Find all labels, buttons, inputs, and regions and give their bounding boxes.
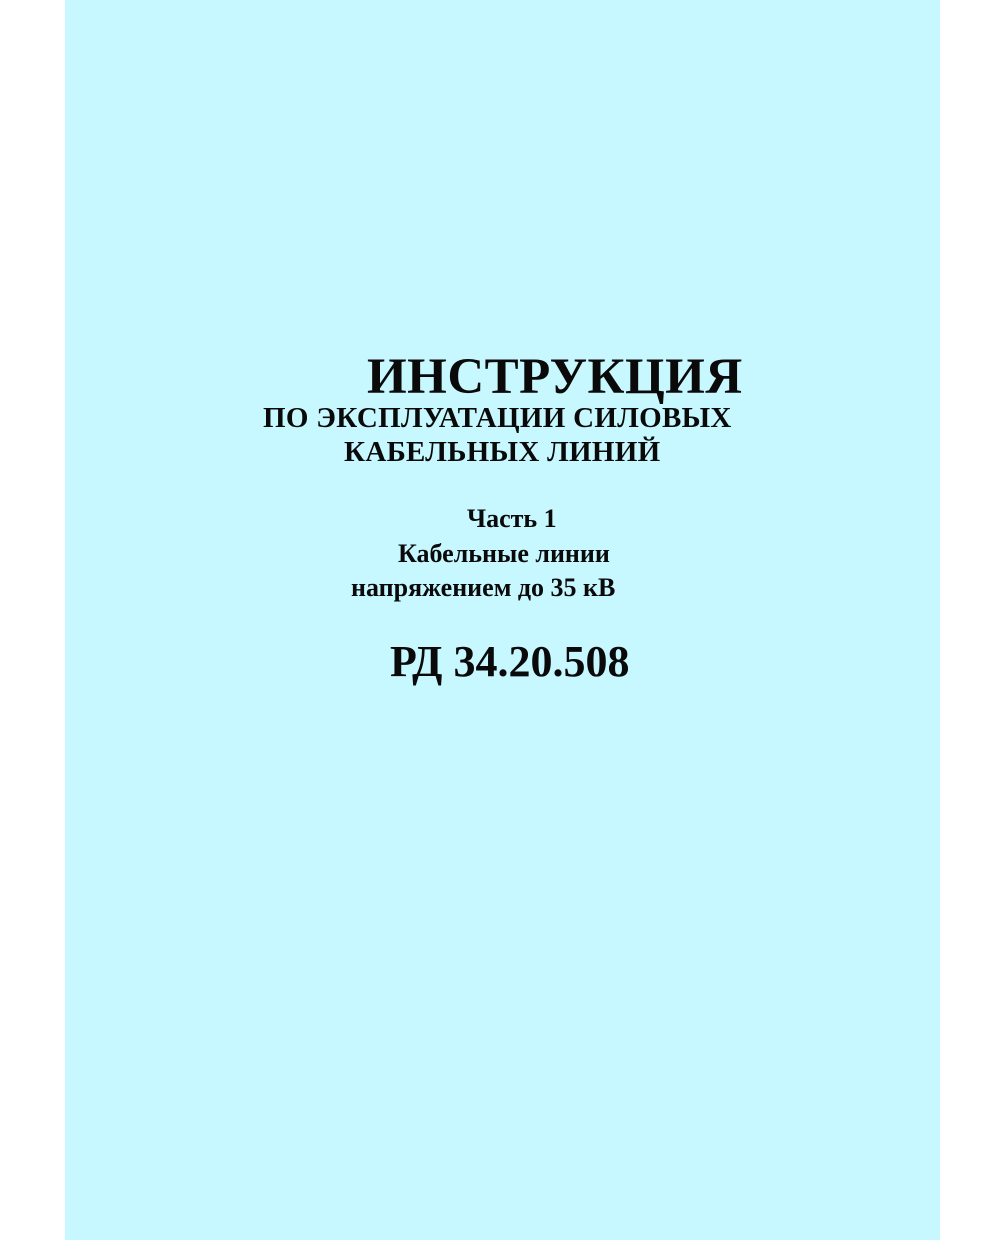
document-subtitle-line-2: КАБЕЛЬНЫХ ЛИНИЙ (344, 438, 660, 467)
document-title: ИНСТРУКЦИЯ (367, 352, 743, 403)
document-code: РД 34.20.508 (390, 640, 629, 684)
document-subtitle-line-1: ПО ЭКСПЛУАТАЦИИ СИЛОВЫХ (263, 404, 732, 433)
document-cover (65, 0, 940, 1240)
part-label: Часть 1 (467, 506, 557, 532)
part-description-line-1: Кабельные линии (398, 541, 610, 567)
part-description-line-2: напряжением до 35 кВ (351, 575, 615, 601)
